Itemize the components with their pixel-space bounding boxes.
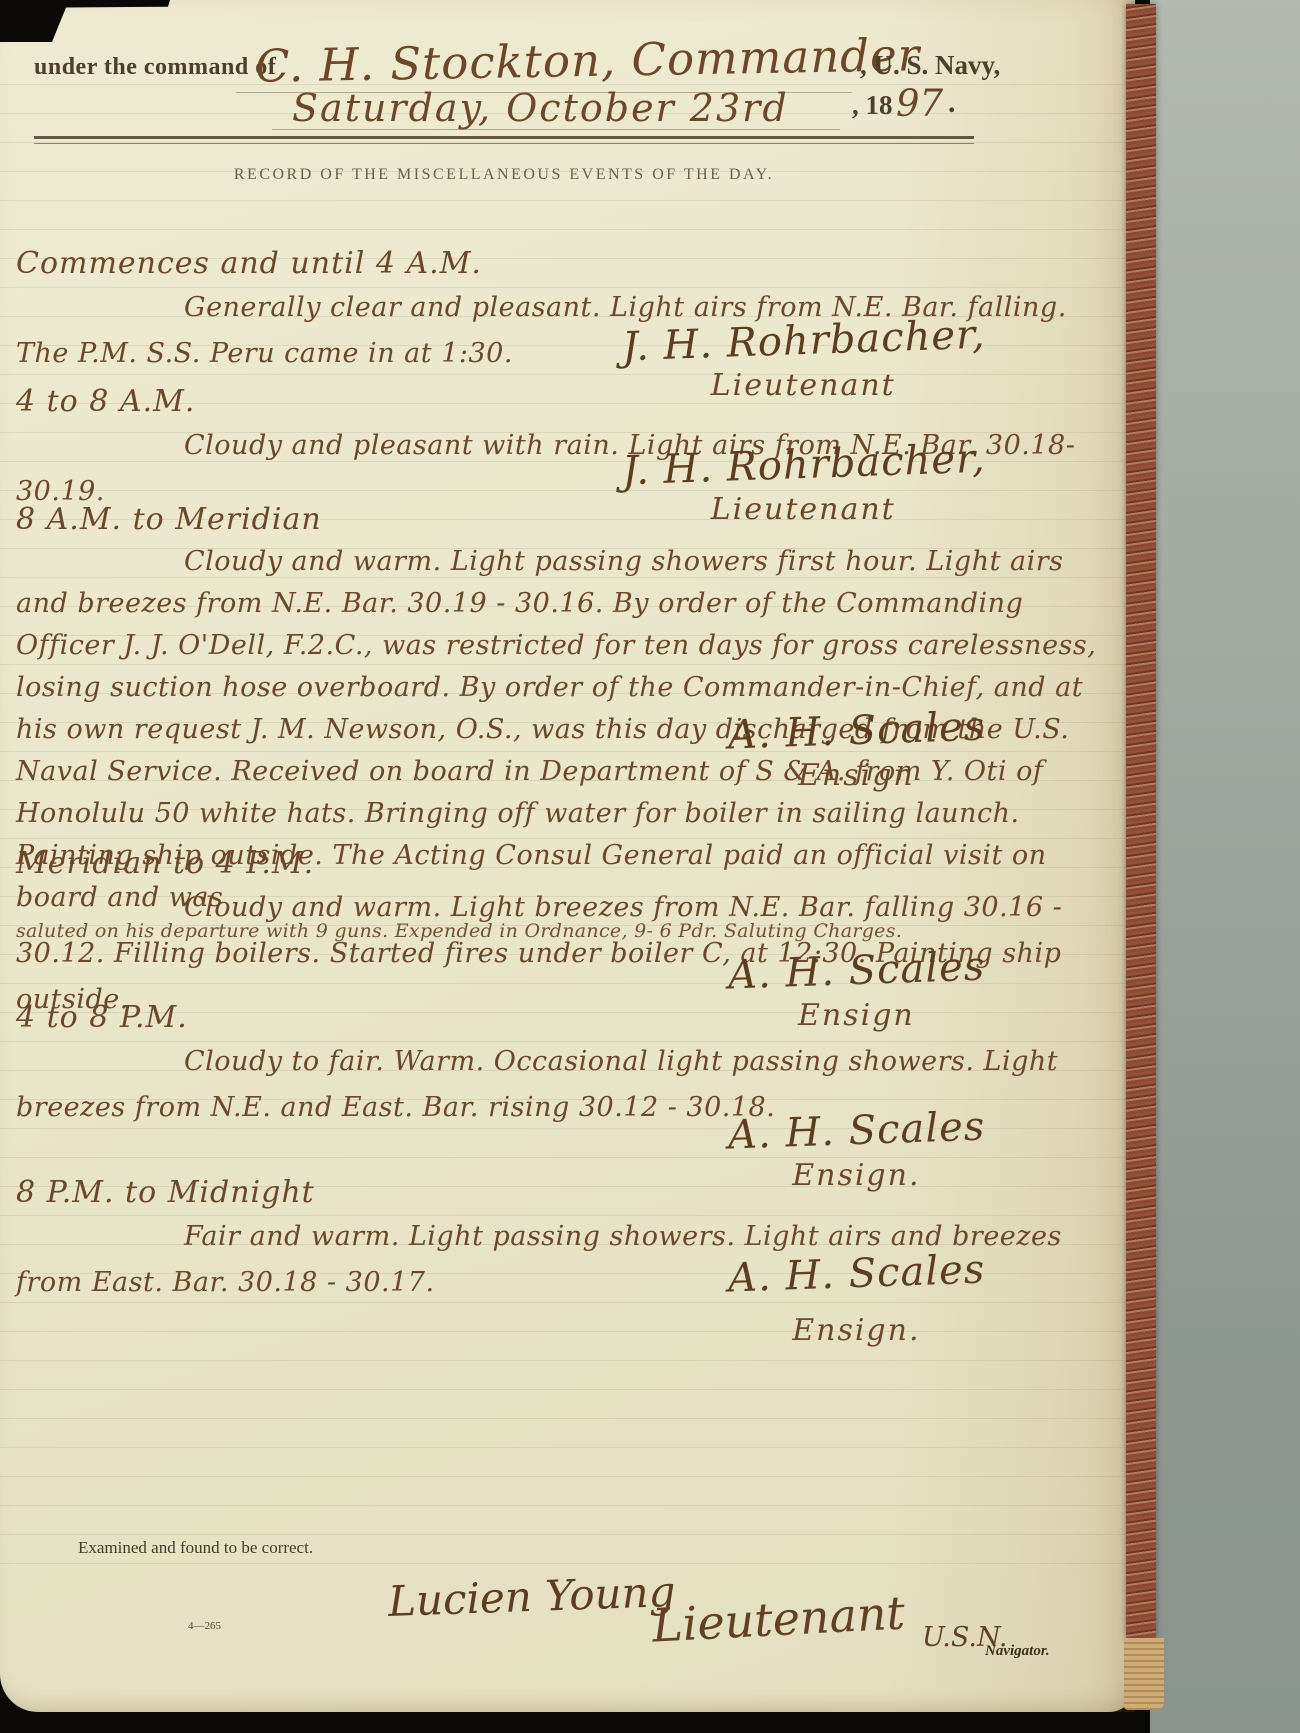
commander-name-handwritten: C. H. Stockton, Commander xyxy=(255,28,921,93)
year-prefix-printed: , 18 xyxy=(852,90,893,121)
navy-suffix-printed: , U. S. Navy, xyxy=(860,50,1000,81)
logbook-page: under the command of C. H. Stockton, Com… xyxy=(0,0,1135,1712)
date-handwritten: Saturday, October 23rd xyxy=(292,86,789,130)
log-entry-4-to-8am: 4 to 8 A.M. Cloudy and pleasant with rai… xyxy=(0,384,1135,515)
record-of-events-title: RECORD OF THE MISCELLANEOUS EVENTS OF TH… xyxy=(34,166,974,184)
navigator-signature: Lucien Young xyxy=(387,1567,676,1626)
header-divider-rule xyxy=(34,136,974,144)
watch-period-label: Meridian to 4 P.M. xyxy=(16,846,1135,881)
command-prefix-printed: under the command of xyxy=(34,54,276,81)
signature-block: A. H. Scales Ensign. xyxy=(728,1251,985,1348)
officer-rank: Ensign xyxy=(728,758,985,793)
watch-period-label: 4 to 8 A.M. xyxy=(16,384,1135,419)
watch-period-label: Commences and until 4 A.M. xyxy=(16,246,1135,281)
log-entry-8pm-to-midnight: 8 P.M. to Midnight Fair and warm. Light … xyxy=(0,1175,1135,1306)
log-entry-4-to-8pm: 4 to 8 P.M. Cloudy to fair. Warm. Occasi… xyxy=(0,1000,1135,1131)
form-number: 4—265 xyxy=(188,1620,221,1632)
navigator-label-printed: Navigator. xyxy=(985,1643,1050,1660)
header-baseline-rule-2 xyxy=(272,129,840,130)
signature-block: A. H. Scales Ensign xyxy=(728,708,985,793)
watch-period-label: 8 A.M. to Meridian xyxy=(16,502,1135,537)
log-entry-meridian-to-4pm: Meridian to 4 P.M. Cloudy and warm. Ligh… xyxy=(0,846,1135,1023)
officer-signature: A. H. Scales xyxy=(727,704,986,759)
page-stack-corner xyxy=(1124,1638,1164,1710)
year-handwritten: 97 xyxy=(896,82,943,125)
officer-signature: J. H. Rohrbacher, xyxy=(621,436,986,495)
examined-note-printed: Examined and found to be correct. xyxy=(78,1538,313,1558)
logbook-photograph: under the command of C. H. Stockton, Com… xyxy=(0,0,1300,1733)
table-backdrop xyxy=(1150,0,1300,1733)
year-period-printed: . xyxy=(948,86,956,120)
watch-period-label: 4 to 8 P.M. xyxy=(16,1000,1135,1035)
officer-signature: J. H. Rohrbacher, xyxy=(621,312,986,371)
officer-signature: A. H. Scales xyxy=(727,1104,986,1159)
watch-period-label: 8 P.M. to Midnight xyxy=(16,1175,1135,1210)
navigator-rank-handwritten: Lieutenant xyxy=(651,1585,906,1652)
officer-signature: A. H. Scales xyxy=(727,944,986,999)
officer-signature: A. H. Scales xyxy=(727,1247,986,1302)
log-entry-commences-until-4am: Commences and until 4 A.M. Generally cle… xyxy=(0,246,1135,377)
marbled-fore-edge xyxy=(1126,4,1156,1640)
officer-rank: Ensign. xyxy=(728,1313,985,1348)
